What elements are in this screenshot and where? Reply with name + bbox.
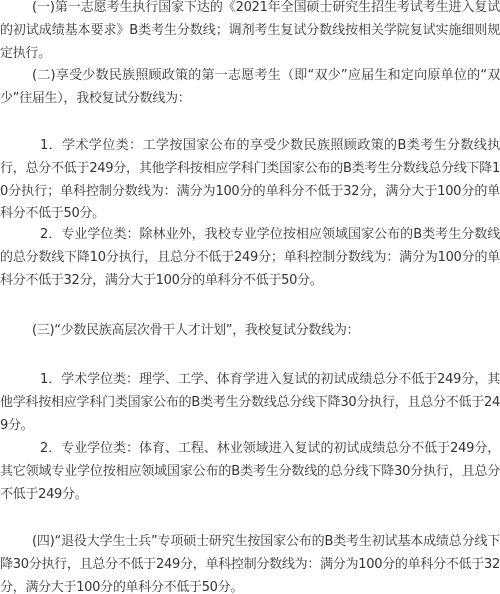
paragraph-veteran-student-soldiers: (四)“退役大学生士兵”专项硕士研究生按国家公布的B类考生初试基本成绩总分线下降… [0,531,500,594]
paragraph-professional-degree-minority: 2．专业学位类：除林业外，我校专业学位按相应领域国家公布的B类考生分数线的总分数… [0,224,500,292]
paragraph-first-choice-requirements: (一)第一志愿考生执行国家下达的《2021年全国硕士研究生招生考试考生进入复试的… [0,0,500,65]
paragraph-academic-degree-minority: 1．学术学位类：工学按国家公布的享受少数民族照顾政策的B类考生分数线执行，总分不… [0,135,500,226]
paragraph-academic-degree-talent-plan: 1．学术学位类：理学、工学、体育学进入复试的初试成绩总分不低于249分，其他学科… [0,369,500,437]
paragraph-minority-talent-plan: (三)“少数民族高层次骨干人才计划”，我校复试分数线为： [0,320,500,343]
paragraph-professional-degree-talent-plan: 2．专业学位类：体育、工程、林业领域进入复试的初试成绩总分不低于249分，其它领… [0,438,500,506]
paragraph-ethnic-minority-policy: (二)享受少数民族照顾政策的第一志愿考生（即“双少”应届生和定向原单位的“双少”… [0,65,500,111]
